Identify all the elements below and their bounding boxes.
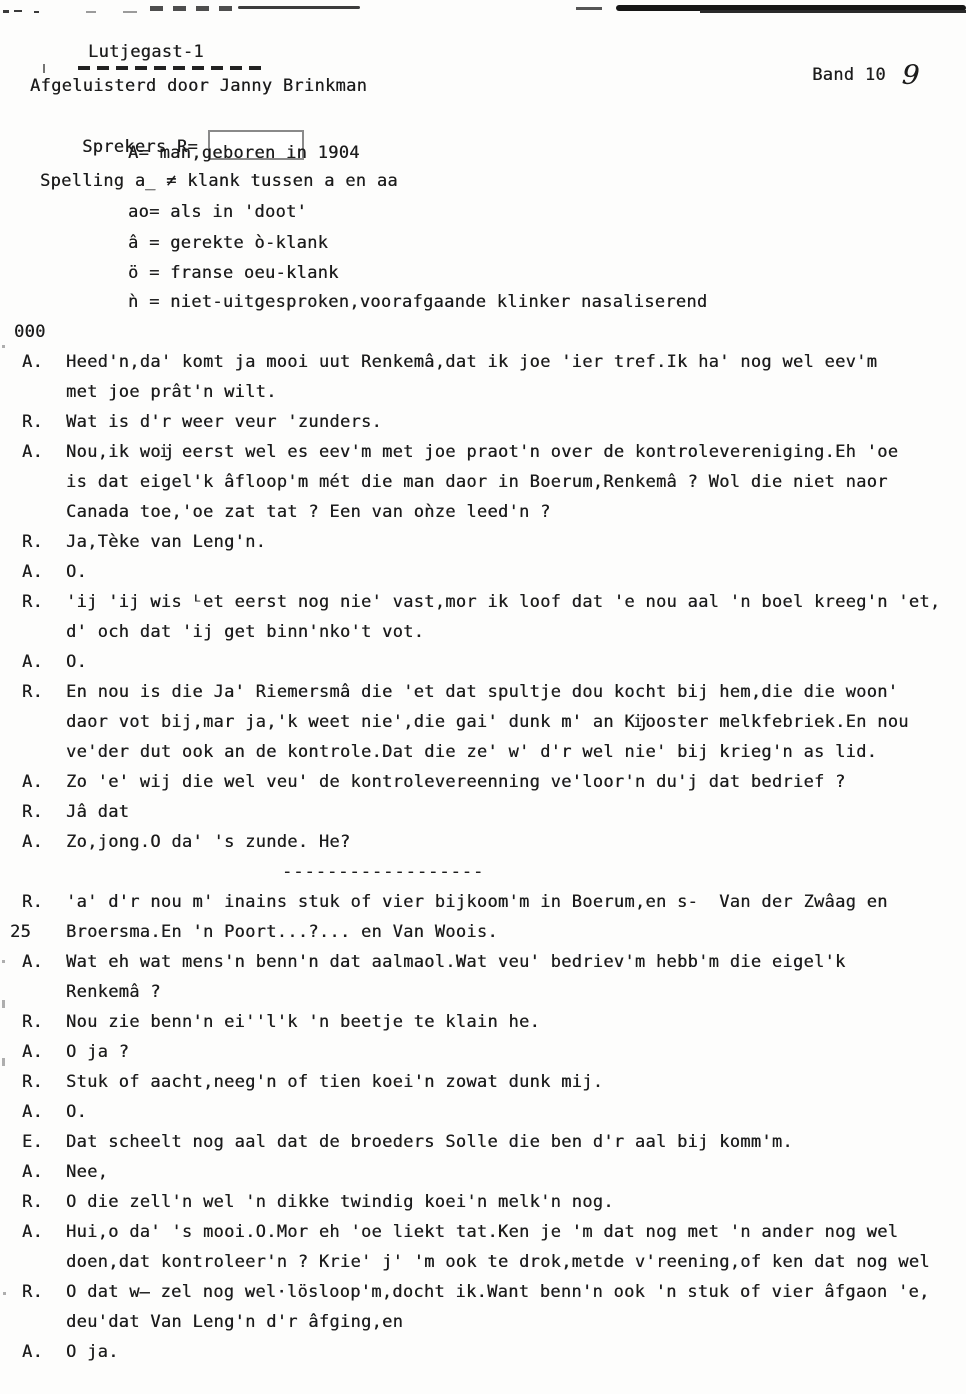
speaker-label: R. [0,1187,66,1217]
speaker-label: A. [0,767,66,797]
speaker-label: R. [0,1277,66,1307]
speaker-label: R. [0,887,66,917]
dialogue-text: Dat scheelt nog aal dat de broeders Soll… [66,1127,793,1157]
dialogue-line: A. Nee, [0,1157,966,1187]
title-underline [78,66,264,70]
speaker-label: R. [0,797,66,827]
dialogue-line: daor vot bij,mar ja,'k weet nie',die gai… [0,707,966,737]
speaker-label: A. [0,347,66,377]
dialogue-text: is dat eigel'k âfloop'm mét die man daor… [66,467,888,497]
dialogue-text: Canada toe,'oe zat tat ? Een van oǹze le… [66,497,551,527]
dialogue-line: d' och dat 'ij get binn'nko't vot. [0,617,966,647]
speaker-label: 25 [0,917,66,947]
dialogue-line: ve'der dut ook an de kontrole.Dat die ze… [0,737,966,767]
speaker-label [0,467,66,497]
scan-speck [34,11,39,13]
dialogue-text: Jâ dat [66,797,129,827]
dialogue-text: O ja. [66,1337,119,1367]
dialogue-line: R. En nou is die Ja' Riemersmâ die 'et d… [0,677,966,707]
speaker-label: A. [0,947,66,977]
dialogue-text: Renkemâ ? [66,977,161,1007]
speaker-label: R. [0,407,66,437]
band-line: Band 109 [770,45,919,106]
dialogue-text: O dat w̶ zel nog wel·lösloop'm,docht ik.… [66,1277,930,1307]
scan-speck [14,10,22,12]
scan-dash-line [150,6,238,11]
speaker-label [0,617,66,647]
spelling-legend-line: Spelling a̲ ≠ klank tussen a en aa [40,171,398,191]
dialogue-line: deu'dat Van Leng'n d'r âfging,en [0,1307,966,1337]
dialogue-line: A. O. [0,1097,966,1127]
speaker-label: R. [0,527,66,557]
dialogue-text: Zo,jong.O da' 's zunde. He? [66,827,350,857]
dialogue-line: A. Zo,jong.O da' 's zunde. He? [0,827,966,857]
dialogue-text: daor vot bij,mar ja,'k weet nie',die gai… [66,707,909,737]
dialogue-text: Zo 'e' wij die wel veu' de kontroleveree… [66,767,846,797]
speaker-label: A. [0,437,66,467]
dialogue-line: R. 'a' d'r nou m' inains stuk of vier bi… [0,887,966,917]
dialogue-line: R. O dat w̶ zel nog wel·lösloop'm,docht … [0,1277,966,1307]
speaker-a-line: A= man,geboren in 1904 [128,143,360,163]
dialogue-text: En nou is die Ja' Riemersmâ die 'et dat … [66,677,898,707]
dialogue-line: 25 Broersma.En 'n Poort...?... en Van Wo… [0,917,966,947]
dialogue-text: 'ij 'ij wis ᴸet eerst nog nie' vast,mor … [66,587,940,617]
dialogue-line: R. Nou zie benn'n ei''l'k 'n beetje te k… [0,1007,966,1037]
dialogue-line: met joe prât'n wilt. [0,377,966,407]
spelling-legend-line: ǹ = niet-uitgesproken,voorafgaande klink… [128,292,707,312]
scan-speck [123,11,137,13]
speaker-label: R. [0,1007,66,1037]
dialogue-line: A. Hui,o da' 's mooi.O.Mor eh 'oe liekt … [0,1217,966,1247]
spelling-legend-line: â = gerekte ò-klank [128,233,328,253]
dialogue-text: O ja ? [66,1037,129,1067]
dialogue-text: Ja,Tèke van Leng'n. [66,527,266,557]
spelling-legend-line: ao= als in 'doot' [128,202,307,222]
dialogue-text: Nou zie benn'n ei''l'k 'n beetje te klai… [66,1007,540,1037]
speaker-label [0,707,66,737]
dialogue-text: O. [66,647,87,677]
dialogue-text: Stuk of aacht,neeg'n of tien koei'n zowa… [66,1067,603,1097]
scanned-transcript-page: Lutjegast-1 Band 109 Afgeluisterd door J… [0,0,966,1394]
dialogue-text: O. [66,1097,87,1127]
scan-speck [3,10,9,13]
dialogue-text: Wat is d'r weer veur 'zunders. [66,407,382,437]
speaker-label: A. [0,647,66,677]
scan-line [238,6,360,9]
dialogue-line: A. Heed'n,da' komt ja mooi uut Renkemâ,d… [0,347,966,377]
dialogue-line: Canada toe,'oe zat tat ? Een van oǹze le… [0,497,966,527]
speaker-label [0,977,66,1007]
dialogue-text: doen,dat kontroleer'n ? Krie' j' 'm ook … [66,1247,930,1277]
speaker-label: R. [0,677,66,707]
speaker-label: A. [0,1217,66,1247]
dialogue-text: Hui,o da' 's mooi.O.Mor eh 'oe liekt tat… [66,1217,898,1247]
section-divider: ------------------ [66,857,484,887]
scan-speck [43,64,45,73]
spelling-legend-line: ö = franse oeu-klank [128,263,339,283]
band-label: Band 10 [812,65,886,85]
transcriber-line: Afgeluisterd door Janny Brinkman [30,76,367,96]
dialogue-line: A. Nou,ik woĳ eerst wel es eev'm met joe… [0,437,966,467]
dialogue-text: d' och dat 'ij get binn'nko't vot. [66,617,424,647]
speaker-label: A. [0,557,66,587]
dialogue-line: A. O. [0,557,966,587]
scan-line [576,7,602,10]
dialogue-line: A. O ja. [0,1337,966,1367]
dialogue-line: A. Wat eh wat mens'n benn'n dat aalmaol.… [0,947,966,977]
dialogue-text: ve'der dut ook an de kontrole.Dat die ze… [66,737,877,767]
speaker-label: A. [0,1337,66,1367]
speaker-label [0,497,66,527]
dialogue-line: R. Ja,Tèke van Leng'n. [0,527,966,557]
dialogue-text: Nee, [66,1157,108,1187]
dialogue-text: Broersma.En 'n Poort...?... en Van Woois… [66,917,498,947]
tape-counter: 000 [14,322,46,342]
handwritten-band-number: 9 [901,65,920,86]
speaker-label: A. [0,1157,66,1187]
dialogue-text: met joe prât'n wilt. [66,377,277,407]
speaker-label: R. [0,1067,66,1097]
dialogue-line: A. Zo 'e' wij die wel veu' de kontroleve… [0,767,966,797]
dialogue-line: A. O. [0,647,966,677]
speaker-label [0,737,66,767]
page-title: Lutjegast-1 [88,42,204,62]
dialogue-line: R. Wat is d'r weer veur 'zunders. [0,407,966,437]
dialogue-text: Wat eh wat mens'n benn'n dat aalmaol.Wat… [66,947,846,977]
dialogue-line: R. O die zell'n wel 'n dikke twindig koe… [0,1187,966,1217]
speaker-label: A. [0,1097,66,1127]
scan-line [700,10,966,13]
speaker-label: R. [0,587,66,617]
speaker-label [0,1247,66,1277]
speaker-label [0,377,66,407]
dialogue-line: R. Stuk of aacht,neeg'n of tien koei'n z… [0,1067,966,1097]
speaker-label: E. [0,1127,66,1157]
speaker-label [0,857,66,887]
dialogue-line: R. Jâ dat [0,797,966,827]
speaker-label: A. [0,1037,66,1067]
scan-speck [86,11,96,13]
dialogue-line: A. O ja ? [0,1037,966,1067]
dialogue-line: Renkemâ ? [0,977,966,1007]
dialogue-text: O die zell'n wel 'n dikke twindig koei'n… [66,1187,614,1217]
dialogue-text: O. [66,557,87,587]
section-divider-row: ------------------ [0,857,966,887]
dialogue-text: Heed'n,da' komt ja mooi uut Renkemâ,dat … [66,347,877,377]
dialogue-line: E. Dat scheelt nog aal dat de broeders S… [0,1127,966,1157]
dialogue-text: 'a' d'r nou m' inains stuk of vier bijko… [66,887,888,917]
speaker-label: A. [0,827,66,857]
speaker-label [0,1307,66,1337]
dialogue-line: is dat eigel'k âfloop'm mét die man daor… [0,467,966,497]
dialogue-line: doen,dat kontroleer'n ? Krie' j' 'm ook … [0,1247,966,1277]
dialogue: A. Heed'n,da' komt ja mooi uut Renkemâ,d… [0,347,966,1367]
dialogue-text: deu'dat Van Leng'n d'r âfging,en [66,1307,403,1337]
dialogue-line: R. 'ij 'ij wis ᴸet eerst nog nie' vast,m… [0,587,966,617]
dialogue-text: Nou,ik woĳ eerst wel es eev'm met joe pr… [66,437,898,467]
